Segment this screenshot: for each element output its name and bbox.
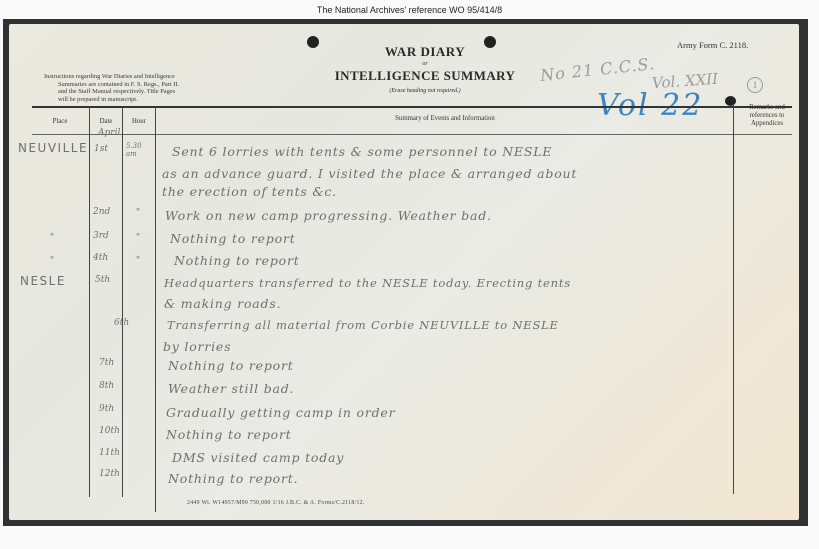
ink-blot <box>725 96 736 106</box>
entry-place-ditto: " <box>50 256 54 266</box>
entry-text: Weather still bad. <box>168 381 294 396</box>
month-note: April <box>98 128 120 138</box>
entry-date: 2nd <box>93 207 110 217</box>
column-divider-remarks <box>733 104 734 494</box>
column-header-place: Place <box>35 118 85 126</box>
column-header-summary: Summary of Events and Information <box>160 115 730 123</box>
column-divider-hour <box>155 107 156 512</box>
entry-place: NESLE <box>20 274 66 288</box>
entry-date: 3rd <box>93 231 109 241</box>
entry-date: 1st <box>94 144 108 154</box>
form-print-code: 2449 Wt. W14957/M90 750,000 1/16 J.B.C. … <box>187 500 365 506</box>
instructions-line: Summaries are contained in F. S. Regs., … <box>44 81 234 89</box>
entry-place: NEUVILLE <box>18 141 88 155</box>
entry-date: 10th <box>99 426 120 436</box>
entry-text: Transferring all material from Corbie NE… <box>167 318 559 332</box>
entry-date: 6th <box>114 318 129 328</box>
instructions-line: and the Staff Manual respectively. Title… <box>44 88 234 96</box>
entry-text: the erection of tents &c. <box>162 184 337 199</box>
entry-text: Nothing to report <box>166 427 292 442</box>
form-title: WAR DIARY or INTELLIGENCE SUMMARY (Erase… <box>300 44 550 94</box>
form-instructions: Instructions regarding War Diaries and I… <box>44 73 234 103</box>
column-divider-place <box>89 107 90 497</box>
entry-text: as an advance guard. I visited the place… <box>162 166 577 181</box>
column-divider-date <box>122 107 123 497</box>
entry-text: Nothing to report <box>170 231 296 246</box>
instructions-line: Instructions regarding War Diaries and I… <box>44 73 175 80</box>
title-war-diary: WAR DIARY <box>300 44 550 60</box>
entry-text: Work on new camp progressing. Weather ba… <box>165 208 492 223</box>
entry-date: 8th <box>99 381 114 391</box>
entry-place-ditto: " <box>50 233 54 243</box>
entry-date: 5th <box>95 275 110 285</box>
entry-date: 11th <box>99 448 120 458</box>
column-header-hour: Hour <box>124 118 154 126</box>
entry-text: DMS visited camp today <box>172 450 344 465</box>
entry-text: Gradually getting camp in order <box>166 405 395 420</box>
entry-hour: " <box>136 256 140 266</box>
entry-text: Nothing to report <box>174 253 300 268</box>
entry-text: Nothing to report <box>168 358 294 373</box>
title-intelligence-summary: INTELLIGENCE SUMMARY <box>300 68 550 84</box>
entry-date: 12th <box>99 469 120 479</box>
title-or: or <box>300 61 550 67</box>
entry-hour: " <box>136 208 140 218</box>
title-subnote: (Erase heading not required.) <box>300 88 550 94</box>
entry-date: 7th <box>99 358 114 368</box>
entry-text: Nothing to report. <box>168 471 298 486</box>
column-header-date: Date <box>91 118 121 126</box>
entry-hour: 5.30 am <box>126 142 152 158</box>
instructions-line: will be prepared in manuscript. <box>44 96 234 104</box>
header-top-rule <box>32 106 792 108</box>
archive-reference-caption: The National Archives' reference WO 95/4… <box>0 5 819 15</box>
entry-date: 4th <box>93 253 108 263</box>
entry-text: by lorries <box>163 339 231 354</box>
entry-text: & making roads. <box>164 296 281 311</box>
header-bottom-rule <box>32 134 792 135</box>
column-header-remarks: Remarks and references to Appendices <box>738 104 796 128</box>
army-form-number: Army Form C. 2118. <box>677 40 748 50</box>
entry-hour: " <box>136 233 140 243</box>
entry-date: 9th <box>99 404 114 414</box>
circled-page-number: 1 <box>747 77 763 93</box>
entry-text: Sent 6 lorries with tents & some personn… <box>172 144 552 159</box>
entry-text: Headquarters transferred to the NESLE to… <box>164 276 571 290</box>
